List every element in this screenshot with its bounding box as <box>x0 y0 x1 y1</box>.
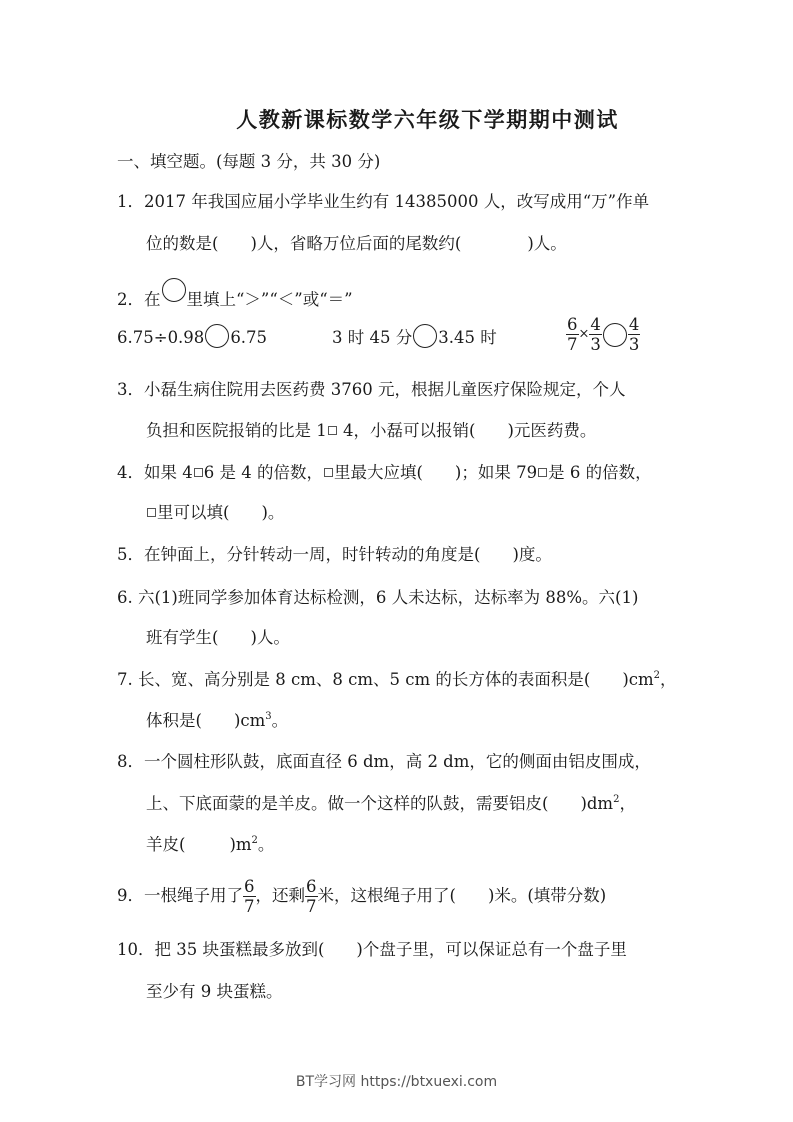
text: ， <box>660 670 677 689</box>
text: 5．在钟面上，分针转动一周，时针转动的角度是( <box>117 545 480 564</box>
question-7-line-1: 7. 长、宽、高分别是 8 cm、8 cm、5 cm 的长方体的表面积是()cm… <box>117 670 677 690</box>
question-8-line-3: 羊皮()m2。 <box>146 835 274 855</box>
text: 7. 长、宽、高分别是 8 cm、8 cm、5 cm 的长方体的表面积是( <box>117 670 590 689</box>
text: )人。 <box>250 628 289 647</box>
text: 。 <box>258 835 275 854</box>
text: 。 <box>272 711 289 730</box>
question-2-item-2: 3 时 45 分3.45 时 <box>332 324 497 348</box>
text: )人。 <box>527 234 566 253</box>
question-2-line-1: 2．在里填上“＞”“＜”或“＝” <box>117 278 353 310</box>
question-2-item-3: 67×4343 <box>566 314 640 355</box>
text: )cm <box>622 670 653 689</box>
numerator: 4 <box>589 315 602 335</box>
denominator: 7 <box>306 897 317 916</box>
expression-right: 6.75 <box>230 328 267 347</box>
denominator: 3 <box>590 335 601 354</box>
question-1-line-1: 1．2017 年我国应届小学毕业生约有 14385000 人，改写成用“万”作单 <box>117 192 649 212</box>
denominator: 7 <box>567 335 578 354</box>
question-4-line-1: 4．如果 46 是 4 的倍数，里最大应填()；如果 79是 6 的倍数， <box>117 463 652 483</box>
compare-circle[interactable] <box>205 324 229 348</box>
text: 2．在 <box>117 290 161 309</box>
text: ，还剩 <box>256 886 306 905</box>
expression-left: 3 时 45 分 <box>332 328 412 347</box>
question-7-line-2: 体积是()cm3。 <box>146 711 288 731</box>
question-4-line-2: 里可以填()。 <box>146 503 284 523</box>
fraction: 67 <box>566 315 579 354</box>
numerator: 6 <box>305 877 318 897</box>
text: 6 是 4 的倍数， <box>204 463 323 482</box>
numerator: 4 <box>628 315 641 335</box>
footer-watermark: BT学习网 https://btxuexi.com <box>0 1071 793 1091</box>
text: 班有学生( <box>146 628 218 647</box>
text: )度。 <box>512 545 551 564</box>
section-heading: 一、填空题。(每题 3 分，共 30 分) <box>117 152 380 172</box>
square-icon <box>538 468 547 477</box>
question-6-line-1: 6. 六(1)班同学参加体育达标检测，6 人未达标，达标率为 88%。六(1) <box>117 588 638 608</box>
question-8-line-2: 上、下底面蒙的是羊皮。做一个这样的队鼓，需要铝皮()dm2， <box>146 794 636 814</box>
question-3-line-1: 3．小磊生病住院用去医药费 3760 元，根据儿童医疗保险规定，个人 <box>117 380 625 400</box>
fraction: 67 <box>243 877 256 916</box>
question-9-line-1: 9．一根绳子用了67，还剩67米，这根绳子用了()米。(填带分数) <box>117 876 606 916</box>
denominator: 3 <box>629 335 640 354</box>
question-8-line-1: 8．一个圆柱形队鼓，底面直径 6 dm，高 2 dm，它的侧面由铝皮围成， <box>117 752 651 772</box>
question-1-line-2: 位的数是()人，省略万位后面的尾数约()人。 <box>146 234 567 254</box>
text: )cm <box>234 711 265 730</box>
text: 10．把 35 块蛋糕最多放到( <box>117 940 324 959</box>
question-6-line-2: 班有学生()人。 <box>146 628 290 648</box>
fraction: 43 <box>628 315 641 354</box>
operator: × <box>579 327 590 342</box>
numerator: 6 <box>243 877 256 897</box>
text: )米。(填带分数) <box>488 886 606 905</box>
square-icon <box>147 508 156 517</box>
text: 里可以填( <box>157 503 229 522</box>
text: 上、下底面蒙的是羊皮。做一个这样的队鼓，需要铝皮( <box>146 794 548 813</box>
question-5-line-1: 5．在钟面上，分针转动一周，时针转动的角度是()度。 <box>117 545 552 565</box>
square-icon <box>328 426 337 435</box>
text: )m <box>229 835 251 854</box>
text: 4，小磊可以报销( <box>338 421 476 440</box>
square-icon <box>194 468 203 477</box>
text: )元医药费。 <box>507 421 596 440</box>
text: )个盘子里，可以保证总有一个盘子里 <box>356 940 626 959</box>
text: ， <box>619 794 636 813</box>
expression-right: 3.45 时 <box>438 328 496 347</box>
square-icon <box>324 468 333 477</box>
text: 里最大应填( <box>334 463 423 482</box>
text: 9．一根绳子用了 <box>117 886 243 905</box>
text: 4．如果 4 <box>117 463 193 482</box>
text: 米，这根绳子用了( <box>318 886 456 905</box>
expression-left: 6.75÷0.98 <box>117 328 204 347</box>
compare-circle[interactable] <box>603 323 627 347</box>
text: )。 <box>261 503 284 522</box>
text: 位的数是( <box>146 234 218 253</box>
question-2-item-1: 6.75÷0.986.75 <box>117 324 267 348</box>
question-3-line-2: 负担和医院报销的比是 1 4，小磊可以报销()元医药费。 <box>146 421 596 441</box>
text: 羊皮( <box>146 835 185 854</box>
text: )；如果 79 <box>455 463 537 482</box>
compare-circle[interactable] <box>413 324 437 348</box>
numerator: 6 <box>566 315 579 335</box>
page-title: 人教新课标数学六年级下学期期中测试 <box>0 104 793 134</box>
text: 里填上“＞”“＜”或“＝” <box>187 290 353 309</box>
text: )dm <box>580 794 613 813</box>
text: )人，省略万位后面的尾数约( <box>250 234 461 253</box>
fraction: 67 <box>305 877 318 916</box>
text: 负担和医院报销的比是 1 <box>146 421 327 440</box>
text: 体积是( <box>146 711 202 730</box>
text: 是 6 的倍数， <box>548 463 652 482</box>
denominator: 7 <box>244 897 255 916</box>
question-10-line-2: 至少有 9 块蛋糕。 <box>146 982 283 1002</box>
question-10-line-1: 10．把 35 块蛋糕最多放到()个盘子里，可以保证总有一个盘子里 <box>117 940 627 960</box>
fraction: 43 <box>589 315 602 354</box>
circle-icon <box>162 278 186 302</box>
